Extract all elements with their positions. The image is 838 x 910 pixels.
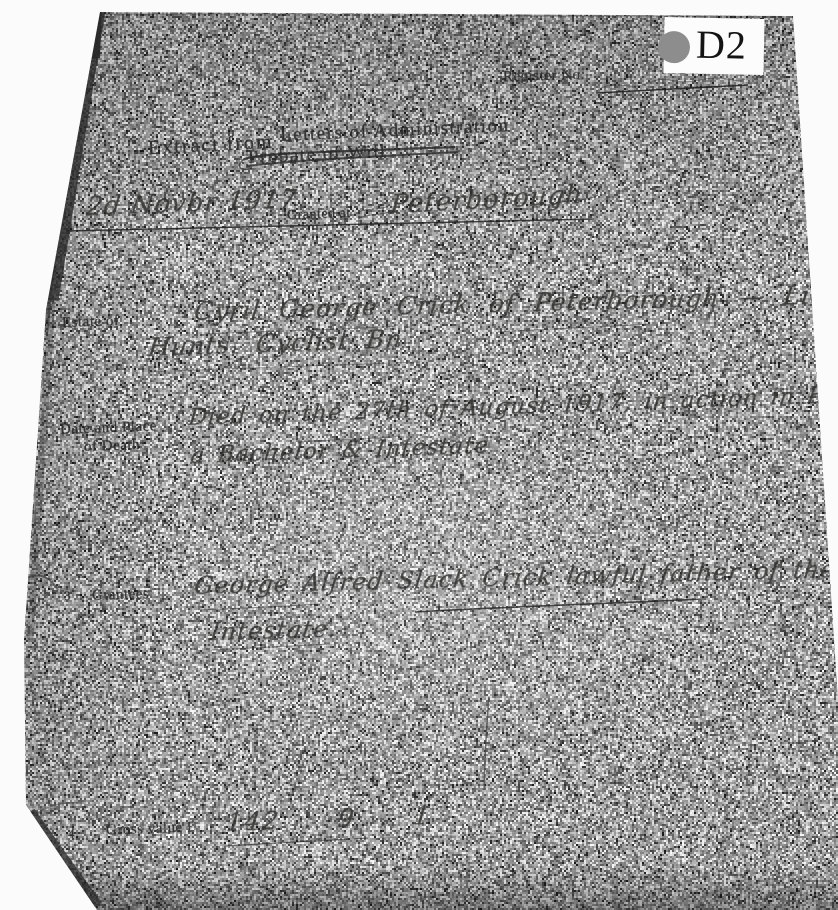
register-handwritten-scribble: [598, 78, 745, 90]
classification-label: D2: [663, 17, 764, 75]
grantee-underline: [415, 599, 702, 612]
grantee-line2-handwritten: Intestate.: [209, 615, 339, 646]
estate-of-label: Estate of: [62, 313, 120, 332]
item-number-1: 1: [58, 209, 65, 225]
gross-value-label: Gross value £: [106, 819, 196, 839]
register-line: [596, 78, 748, 93]
death-label-line1: Date and Place: [60, 418, 158, 438]
item-number-4: 4: [68, 826, 75, 842]
pen-stroke-vertical: [484, 697, 493, 790]
item-number-3: 3: [64, 588, 71, 604]
classification-dot: [658, 31, 691, 64]
grantees-label: Grantees: [92, 586, 150, 604]
document-page: Register No. Extract from Letters of Adm…: [0, 0, 838, 910]
scanned-document: Register No. Extract from Letters of Adm…: [0, 0, 838, 910]
granted-at-label: Granted at: [287, 206, 351, 224]
item-number-2: 2: [28, 420, 35, 436]
death-label-line2: of Death: [84, 437, 141, 456]
classification-text: D2: [696, 21, 748, 69]
register-no-label: Register No.: [503, 67, 585, 86]
